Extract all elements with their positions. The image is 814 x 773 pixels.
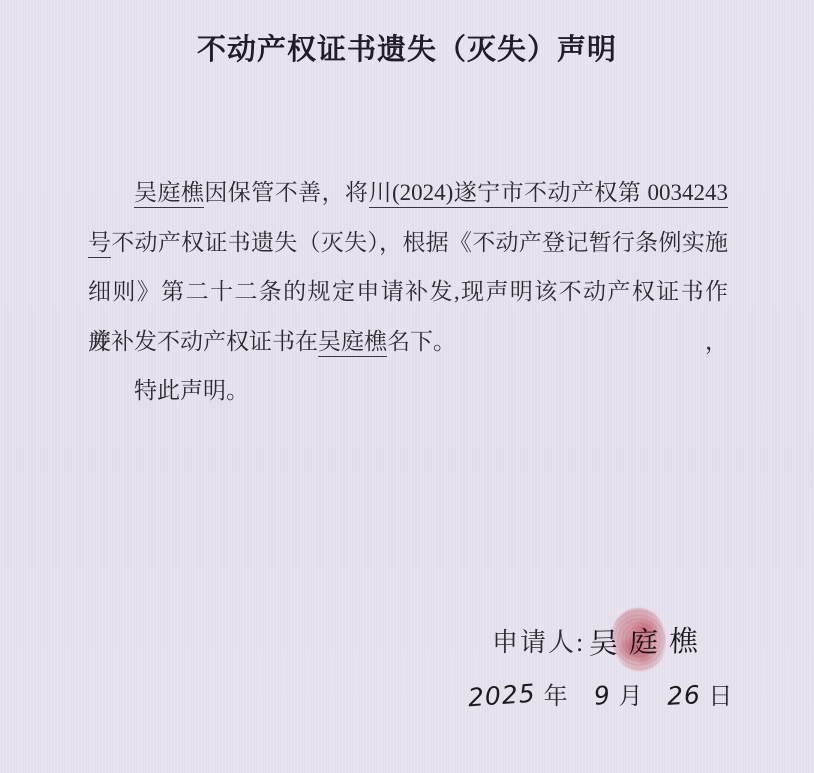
signature-date-row: 2025年9月26日 <box>468 676 732 716</box>
body-text: 不动产权证书遗失（灭失），根据《不动产登记暂行条例实施 <box>111 230 728 255</box>
body-line-3: 细则》第二十二条的规定申请补发,现声明该不动产权证书作废， <box>88 267 728 317</box>
handwritten-year: 2025 <box>467 679 536 713</box>
handwritten-month: 9 <box>592 680 612 711</box>
handwritten-signature: 吴庭樵 <box>589 618 710 662</box>
body-text: 因保管不善，将 <box>204 180 368 205</box>
body-text: 名下。 <box>387 329 456 354</box>
signature-row: 申请人:吴庭樵 <box>492 620 709 666</box>
applicant-name-inline: 吴庭樵 <box>318 329 387 357</box>
document-body: 吴庭樵因保管不善，将川(2024)遂宁市不动产权第 0034243 号不动产权证… <box>88 168 728 416</box>
handwritten-day: 26 <box>666 680 701 711</box>
day-unit: 日 <box>708 684 732 710</box>
scanned-declaration-page: { "meta": { "paper_color": "#e8e3ef", "i… <box>0 0 814 773</box>
applicant-label: 申请人: <box>492 628 585 657</box>
certificate-number: 川(2024)遂宁市不动产权第 0034243 <box>369 180 729 208</box>
document-title: 不动产权证书遗失（灭失）声明 <box>0 27 814 68</box>
body-line-2: 号不动产权证书遗失（灭失），根据《不动产登记暂行条例实施 <box>88 218 728 268</box>
closing-statement: 特此声明。 <box>134 378 249 403</box>
body-line-1: 吴庭樵因保管不善，将川(2024)遂宁市不动产权第 0034243 <box>88 168 728 218</box>
certificate-number-suffix: 号 <box>88 230 111 258</box>
applicant-name-inline: 吴庭樵 <box>134 180 204 208</box>
body-line-5: 特此声明。 <box>88 366 728 416</box>
year-unit: 年 <box>544 684 568 710</box>
body-text: 并补发不动产权证书在 <box>88 329 318 354</box>
month-unit: 月 <box>619 684 643 710</box>
